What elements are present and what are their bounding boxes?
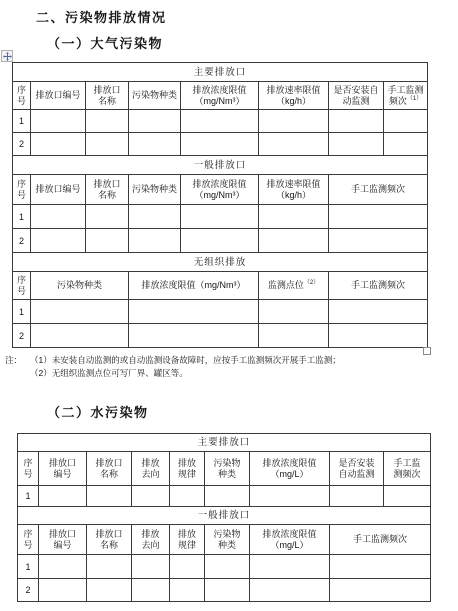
- table-cell[interactable]: [31, 205, 86, 229]
- table-cell[interactable]: [205, 579, 250, 602]
- col-header-conc-limit: 排放浓度限值 （mg/Nm³）: [181, 82, 259, 110]
- table-cell[interactable]: [129, 300, 259, 324]
- col-header-auto-monitor: 是否安装自 动监测: [329, 82, 384, 110]
- col-header-pollutant-type: 污染物种类: [31, 272, 129, 300]
- page-title: 二、污染物排放情况: [36, 7, 167, 26]
- table-cell[interactable]: [330, 555, 431, 579]
- section-header-fugitive: 无组织排放: [13, 253, 428, 272]
- col-header-auto-monitor: 是否安装 自动监测: [330, 452, 384, 486]
- table-row: 1: [13, 205, 428, 229]
- table-cell[interactable]: [259, 205, 329, 229]
- table-cell[interactable]: [132, 486, 170, 507]
- table-cell[interactable]: [181, 205, 259, 229]
- col-header-outlet-name: 排放口 名称: [87, 525, 132, 555]
- col-header-pollutant-type: 污染物 种类: [205, 452, 250, 486]
- col-header-discharge-dest: 排放 去向: [132, 525, 170, 555]
- table-resize-handle-icon[interactable]: [423, 347, 431, 355]
- table-cell[interactable]: [329, 324, 428, 348]
- col-header-conc-limit: 排放浓度限值 （mg/L）: [250, 525, 330, 555]
- water-pollutants-table: 主要排放口 序 号 排放口 编号 排放口 名称 排放 去向 排放 规律 污染物 …: [17, 433, 431, 602]
- table-cell[interactable]: [250, 579, 330, 602]
- row-number-cell[interactable]: 1: [18, 555, 39, 579]
- table-cell[interactable]: [384, 486, 431, 507]
- row-number-cell[interactable]: 2: [13, 229, 31, 253]
- table-cell[interactable]: [132, 579, 170, 602]
- table-row: 1: [13, 110, 428, 133]
- table-cell[interactable]: [87, 555, 132, 579]
- col-header-discharge-pattern: 排放 规律: [170, 525, 205, 555]
- col-header-discharge-dest: 排放 去向: [132, 452, 170, 486]
- table-cell[interactable]: [86, 110, 129, 133]
- table-cell[interactable]: [31, 133, 86, 156]
- footnote-1: （1）未安装自动监测的或自动监测设备故障时，应按手工监测频次开展手工监测；: [30, 354, 341, 367]
- table-cell[interactable]: [129, 205, 181, 229]
- table-row: 2: [13, 133, 428, 156]
- table-cell[interactable]: [329, 133, 384, 156]
- table-cell[interactable]: [259, 324, 329, 348]
- four-way-arrow-icon: [3, 52, 12, 61]
- table-cell[interactable]: [170, 579, 205, 602]
- row-number-cell[interactable]: 1: [18, 486, 39, 507]
- col-header-outlet-no: 排放口 编号: [39, 452, 87, 486]
- table-cell[interactable]: [259, 110, 329, 133]
- table-cell[interactable]: [259, 300, 329, 324]
- table-row: 1: [18, 555, 431, 579]
- col-header-manual-freq: 手工监测频次: [330, 525, 431, 555]
- table-cell[interactable]: [250, 555, 330, 579]
- table-footnotes: 注： （1）未安装自动监测的或自动监测设备故障时，应按手工监测频次开展手工监测；…: [5, 354, 341, 380]
- table-cell[interactable]: [31, 110, 86, 133]
- col-header-monitor-point: 监测点位（2）: [259, 272, 329, 300]
- col-header-outlet-name: 排放口 名称: [87, 452, 132, 486]
- section-header-general-outlet: 一般排放口: [18, 507, 431, 525]
- table-cell[interactable]: [329, 110, 384, 133]
- table-cell[interactable]: [329, 229, 428, 253]
- table-cell[interactable]: [170, 555, 205, 579]
- section-header-main-outlet: 主要排放口: [18, 434, 431, 452]
- col-header-seq: 序 号: [13, 272, 31, 300]
- table-move-handle-icon[interactable]: [1, 50, 13, 62]
- table-cell[interactable]: [330, 486, 384, 507]
- table-cell[interactable]: [259, 229, 329, 253]
- col-header-outlet-no: 排放口 编号: [39, 525, 87, 555]
- col-header-rate-limit: 排放速率限值 （kg/h）: [259, 175, 329, 205]
- table-cell[interactable]: [87, 579, 132, 602]
- row-number-cell[interactable]: 1: [13, 110, 31, 133]
- table-cell[interactable]: [181, 133, 259, 156]
- col-header-manual-freq: 手工监测频次: [329, 272, 428, 300]
- col-header-manual-freq: 手工监 测频次: [384, 452, 431, 486]
- table-row: 1: [18, 486, 431, 507]
- row-number-cell[interactable]: 2: [13, 324, 31, 348]
- table-cell[interactable]: [86, 229, 129, 253]
- table-cell[interactable]: [129, 229, 181, 253]
- col-header-manual-freq: 手工监测 频次（1）: [384, 82, 428, 110]
- table-cell[interactable]: [31, 324, 129, 348]
- table-cell[interactable]: [129, 324, 259, 348]
- col-header-discharge-pattern: 排放 规律: [170, 452, 205, 486]
- table-cell[interactable]: [129, 133, 181, 156]
- table-cell[interactable]: [181, 229, 259, 253]
- table-cell[interactable]: [86, 205, 129, 229]
- row-number-cell[interactable]: 2: [18, 579, 39, 602]
- col-header-conc-limit: 排放浓度限值（mg/Nm³）: [129, 272, 259, 300]
- table-cell[interactable]: [129, 110, 181, 133]
- col-header-seq: 序 号: [18, 525, 39, 555]
- table-cell[interactable]: [87, 486, 132, 507]
- footnotes-label: 注：: [5, 354, 30, 380]
- row-number-cell[interactable]: 1: [13, 205, 31, 229]
- row-number-cell[interactable]: 2: [13, 133, 31, 156]
- col-header-rate-limit: 排放速率限值 （kg/h）: [259, 82, 329, 110]
- section-header-general-outlet: 一般排放口: [13, 156, 428, 175]
- col-header-monitor-point-text: 监测点位: [268, 280, 304, 290]
- table-cell[interactable]: [170, 486, 205, 507]
- table-cell[interactable]: [86, 133, 129, 156]
- table-cell[interactable]: [250, 486, 330, 507]
- section-title-air: （一）大气污染物: [47, 33, 163, 52]
- table-cell[interactable]: [181, 110, 259, 133]
- table-cell[interactable]: [39, 555, 87, 579]
- section-title-water: （二）水污染物: [47, 402, 149, 421]
- col-header-outlet-name: 排放口 名称: [86, 175, 129, 205]
- table-cell[interactable]: [259, 133, 329, 156]
- col-header-manual-freq: 手工监测频次: [329, 175, 428, 205]
- table-row: 2: [13, 324, 428, 348]
- col-header-conc-limit: 排放浓度限值 （mg/Nm³）: [181, 175, 259, 205]
- table-cell[interactable]: [329, 205, 428, 229]
- col-header-conc-limit: 排放浓度限值 （mg/L）: [250, 452, 330, 486]
- table-cell[interactable]: [384, 133, 428, 156]
- col-header-pollutant-type: 污染物种类: [129, 82, 181, 110]
- col-header-seq: 序 号: [13, 82, 31, 110]
- col-header-outlet-name: 排放口 名称: [86, 82, 129, 110]
- table-cell[interactable]: [330, 579, 431, 602]
- footnote-ref-1: （1）: [407, 96, 422, 102]
- col-header-outlet-no: 排放口编号: [31, 175, 86, 205]
- col-header-seq: 序 号: [13, 175, 31, 205]
- table-row: 1: [13, 300, 428, 324]
- col-header-pollutant-type: 污染物 种类: [205, 525, 250, 555]
- table-cell[interactable]: [205, 486, 250, 507]
- air-pollutants-table: 主要排放口 序 号 排放口编号 排放口 名称 污染物种类 排放浓度限值 （mg/…: [12, 62, 428, 348]
- table-cell[interactable]: [31, 300, 129, 324]
- row-number-cell[interactable]: 1: [13, 300, 31, 324]
- table-cell[interactable]: [329, 300, 428, 324]
- footnotes-body: （1）未安装自动监测的或自动监测设备故障时，应按手工监测频次开展手工监测； （2…: [30, 354, 341, 380]
- table-cell[interactable]: [31, 229, 86, 253]
- col-header-outlet-no: 排放口编号: [31, 82, 86, 110]
- table-cell[interactable]: [39, 579, 87, 602]
- table-cell[interactable]: [39, 486, 87, 507]
- footnote-2: （2）无组织监测点位可写厂界、罐区等。: [30, 367, 341, 380]
- col-header-seq: 序 号: [18, 452, 39, 486]
- footnote-ref-2: （2）: [304, 280, 319, 286]
- table-cell[interactable]: [205, 555, 250, 579]
- table-row: 2: [18, 579, 431, 602]
- col-header-pollutant-type: 污染物种类: [129, 175, 181, 205]
- table-cell[interactable]: [132, 555, 170, 579]
- table-cell[interactable]: [384, 110, 428, 133]
- table-row: 2: [13, 229, 428, 253]
- section-header-main-outlet: 主要排放口: [13, 63, 428, 82]
